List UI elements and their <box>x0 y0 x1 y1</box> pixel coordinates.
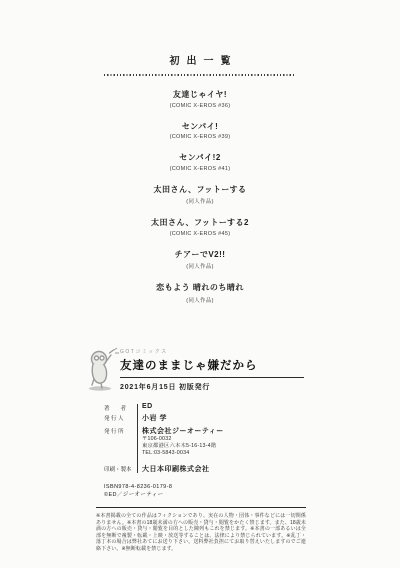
copyright-line: ©ED／ジーオーティー <box>104 491 316 499</box>
credit-row-publisher-person: 発 行 人 小岩 学 <box>142 413 316 423</box>
edition-date: 2021年6月15日 初版発行 <box>120 382 304 392</box>
title-block: GOTコミックス 友達のままじゃ嫌だから 2021年6月15日 初版発行 <box>120 344 304 392</box>
list-item: センパイ! (COMIC X-EROS #39) <box>0 121 400 141</box>
imprint-label: GOTコミックス <box>120 348 304 355</box>
work-source: (同人作品) <box>0 296 400 304</box>
colophon-section: GOTコミックス 友達のままじゃ嫌だから 2021年6月15日 初版発行 著 者… <box>84 344 316 558</box>
colophon-page: { "first_publication": { "title": "初出一覧"… <box>0 0 400 568</box>
list-item: センパイ!2 (COMIC X-EROS #41) <box>0 152 400 172</box>
credit-row-printer: 印刷・製本 大日本印刷株式会社 <box>142 464 316 474</box>
work-source: (COMIC X-EROS #36) <box>0 103 400 109</box>
work-source: (同人作品) <box>0 262 400 270</box>
work-title: 友達じゃイヤ! <box>0 89 400 100</box>
book-title: 友達のままじゃ嫌だから <box>120 357 304 378</box>
work-source: (COMIC X-EROS #45) <box>0 231 400 237</box>
work-source: (COMIC X-EROS #41) <box>0 166 400 172</box>
work-source: (同人作品) <box>0 197 400 205</box>
isbn-block: ISBN978-4-8236-0179-8 ©ED／ジーオーティー <box>104 483 316 499</box>
legal-disclaimer: ※本書掲載の全ての作品はフィクションであり、実在の人物・団体・事件などには一切関… <box>96 513 306 553</box>
publisher-phone: TEL:03-5843-0034 <box>142 450 316 457</box>
work-title: センパイ! <box>0 121 400 132</box>
dotted-divider <box>104 74 296 76</box>
credit-row-publisher-company: 発 行 所 株式会社ジーオーティー 〒106-0032 東京都港区六本木5-16… <box>142 426 316 457</box>
got-mascot-icon <box>84 346 120 392</box>
list-item: 友達じゃイヤ! (COMIC X-EROS #36) <box>0 89 400 109</box>
isbn-number: ISBN978-4-8236-0179-8 <box>104 483 316 491</box>
first-publication-section: 初出一覧 友達じゃイヤ! (COMIC X-EROS #36) センパイ! (C… <box>0 52 400 316</box>
work-title: 恋もよう 晴れのち晴れ <box>0 282 400 293</box>
credit-label: 著 者 <box>104 404 134 412</box>
work-title: チアーでV2!! <box>0 249 400 260</box>
list-item: 太田さん、フットーする (同人作品) <box>0 184 400 206</box>
credit-label: 発 行 人 <box>104 414 134 422</box>
credit-value: 小岩 学 <box>142 413 316 423</box>
credit-label: 発 行 所 <box>104 427 134 435</box>
legal-divider <box>96 507 306 508</box>
work-title: センパイ!2 <box>0 152 400 163</box>
work-source: (COMIC X-EROS #39) <box>0 134 400 140</box>
credits-block: 著 者 ED 発 行 人 小岩 学 発 行 所 株式会社ジーオーティー 〒106… <box>104 403 316 474</box>
list-item: 太田さん、フットーする2 (COMIC X-EROS #45) <box>0 217 400 237</box>
publisher-postal: 〒106-0032 <box>142 436 316 443</box>
publisher-address: 東京都港区六本木5-16-13-4階 <box>142 443 316 450</box>
list-item: チアーでV2!! (同人作品) <box>0 249 400 271</box>
credit-value: ED <box>142 403 316 410</box>
credit-label: 印刷・製本 <box>104 465 134 473</box>
section-title: 初出一覧 <box>0 52 400 67</box>
work-title: 太田さん、フットーする2 <box>0 217 400 228</box>
work-title: 太田さん、フットーする <box>0 184 400 195</box>
credit-row-author: 著 者 ED <box>142 403 316 410</box>
colophon-header: GOTコミックス 友達のままじゃ嫌だから 2021年6月15日 初版発行 <box>84 344 316 392</box>
list-item: 恋もよう 晴れのち晴れ (同人作品) <box>0 282 400 304</box>
credit-value: 大日本印刷株式会社 <box>142 464 316 474</box>
credit-value: 株式会社ジーオーティー <box>142 426 316 436</box>
